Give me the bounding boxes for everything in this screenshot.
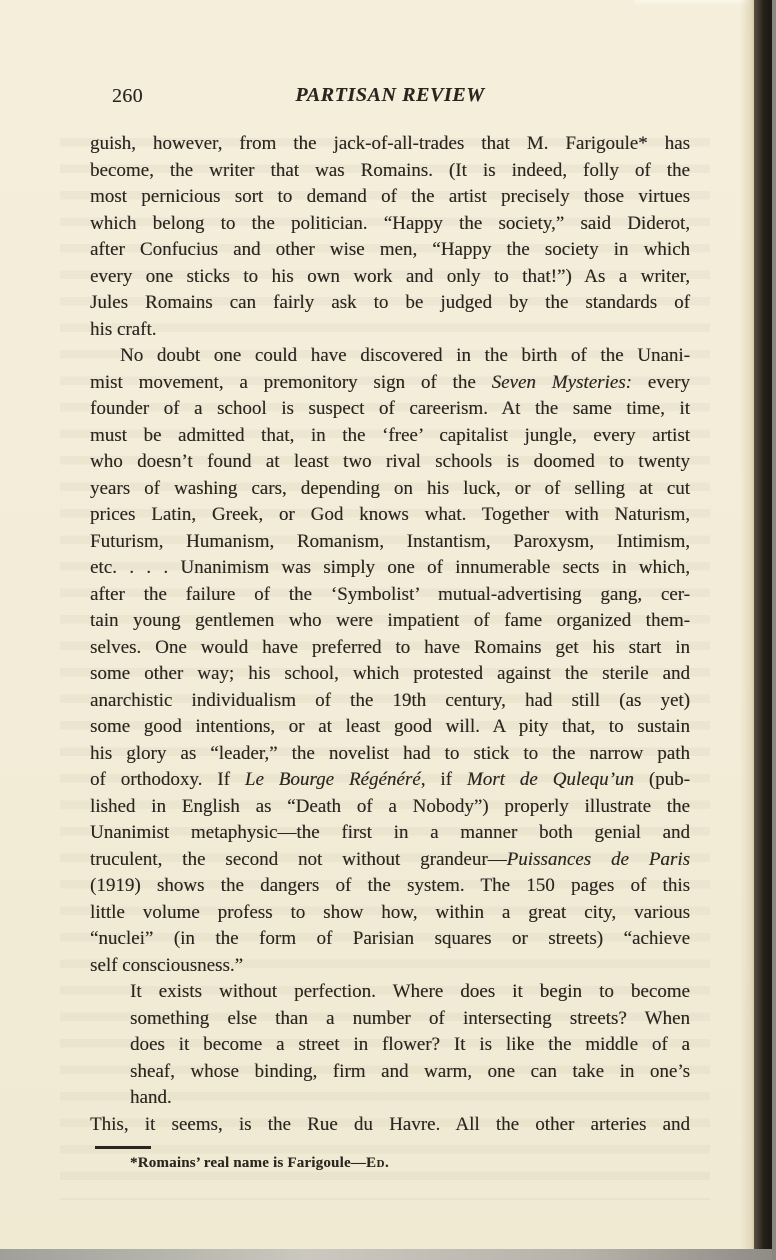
paragraph: No doubt one could have discovered in th… (90, 343, 690, 979)
scanned-book-page: 260 PARTISAN REVIEW guish, however, from… (0, 0, 776, 1260)
text-line: No doubt one could have discovered in th… (90, 343, 690, 370)
scan-bottom-strip (0, 1249, 772, 1260)
editor-smallcaps: Ed. (366, 1155, 389, 1171)
running-head: 260 PARTISAN REVIEW (90, 84, 690, 110)
text-line: prices Latin, Greek, or God knows what. … (90, 502, 690, 529)
text-line: (1919) shows the dangers of the system. … (90, 873, 690, 900)
text-line: It exists without perfection. Where does… (130, 979, 690, 1006)
text-line: after the failure of the ‘Symbolist’ mut… (90, 582, 690, 609)
journal-title: PARTISAN REVIEW (90, 84, 690, 107)
text-line: years of washing cars, depending on his … (90, 476, 690, 503)
text-line: little volume profess to show how, withi… (90, 900, 690, 927)
text-line: Futurism, Humanism, Romanism, Instantism… (90, 529, 690, 556)
text-line: etc. . . . Unanimism was simply one of i… (90, 555, 690, 582)
footnote-segment: *Romains’ real name is Farigoule— (130, 1155, 366, 1171)
italic-title: Mort de Qulequ’un (467, 769, 634, 790)
text-line: founder of a school is suspect of career… (90, 396, 690, 423)
blockquote: It exists without perfection. Where does… (130, 979, 690, 1112)
book-spine-shadow (754, 0, 772, 1249)
text-line: hand. (130, 1085, 690, 1112)
text-line: truculent, the second not without grande… (90, 847, 690, 874)
text-line: something else than a number of intersec… (130, 1006, 690, 1033)
footnote-text: *Romains’ real name is Farigoule—Ed. (130, 1155, 389, 1172)
text-line: Unanimist metaphysic—the first in a mann… (90, 820, 690, 847)
text-line: does it become a street in flower? It is… (130, 1032, 690, 1059)
text-line: every one sticks to his own work and onl… (90, 264, 690, 291)
text-line: guish, however, from the jack-of-all-tra… (90, 131, 690, 158)
text-line: become, the writer that was Romains. (It… (90, 158, 690, 185)
text-line: “nuclei” (in the form of Parisian square… (90, 926, 690, 953)
italic-title: Puissances de Paris (507, 849, 690, 870)
text-line: most pernicious sort to demand of the ar… (90, 184, 690, 211)
text-line: self consciousness.” (90, 953, 690, 980)
text-line: of orthodoxy. If Le Bourge Régénéré, if … (90, 767, 690, 794)
text-line: after Confucius and other wise men, “Hap… (90, 237, 690, 264)
italic-title: Le Bourge Régénéré (245, 769, 421, 790)
text-line: some good intentions, or at least good w… (90, 714, 690, 741)
text-line: his craft. (90, 317, 690, 344)
text-line: lished in English as “Death of a Nobody”… (90, 794, 690, 821)
page-text: guish, however, from the jack-of-all-tra… (90, 131, 690, 1138)
text-line: must be admitted that, in the ‘free’ cap… (90, 423, 690, 450)
text-line: selves. One would have preferred to have… (90, 635, 690, 662)
text-line: sheaf, whose binding, firm and warm, one… (130, 1059, 690, 1086)
footnote-rule (95, 1146, 151, 1149)
text-line: Jules Romains can fairly ask to be judge… (90, 290, 690, 317)
text-line: which belong to the politician. “Happy t… (90, 211, 690, 238)
page-edge-gray (772, 0, 776, 1260)
text-line: This, it seems, is the Rue du Havre. All… (90, 1112, 690, 1139)
text-line: his glory as “leader,” the novelist had … (90, 741, 690, 768)
text-line: mist movement, a premonitory sign of the… (90, 370, 690, 397)
paragraph: guish, however, from the jack-of-all-tra… (90, 131, 690, 343)
text-line: some other way; his school, which protes… (90, 661, 690, 688)
text-line: who doesn’t found at least two rival sch… (90, 449, 690, 476)
italic-title: Seven Mysteries: (492, 372, 632, 393)
page-edge-highlight (634, 0, 754, 6)
paragraph: This, it seems, is the Rue du Havre. All… (90, 1112, 690, 1139)
text-line: anarchistic individualism of the 19th ce… (90, 688, 690, 715)
text-line: tain young gentlemen who were impatient … (90, 608, 690, 635)
page-edge-tan (740, 0, 754, 1249)
